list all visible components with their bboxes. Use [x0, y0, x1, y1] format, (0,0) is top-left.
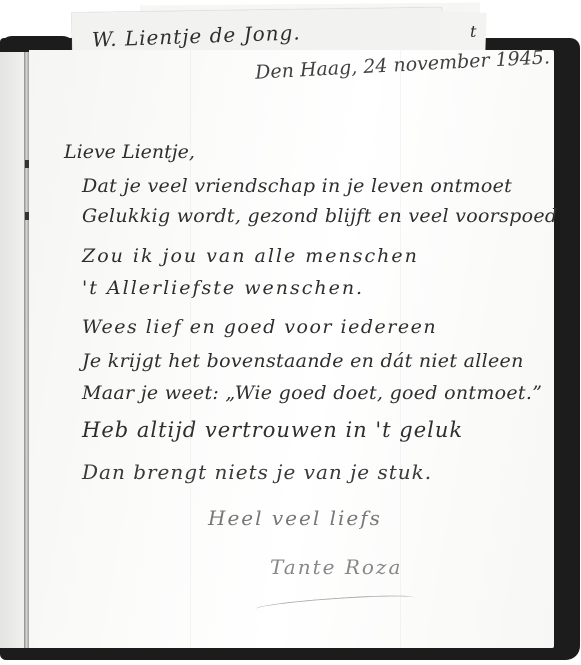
letter-signature: Tante Roza [270, 555, 402, 579]
poem-line: Wees lief en goed voor iedereen [82, 316, 437, 338]
poem-line: 't Allerliefste wenschen. [82, 277, 364, 299]
loose-note-tab [439, 11, 486, 53]
left-page-edge [0, 52, 26, 648]
poem-line: Maar je weet: „Wie goed doet, goed ontmo… [82, 382, 542, 404]
poem-line: Heb altijd vertrouwen in 't geluk [82, 418, 463, 442]
poem-line: Dat je veel vriendschap in je leven ontm… [82, 175, 512, 197]
poem-line: Je krijgt het bovenstaande en dát niet a… [82, 350, 524, 372]
poem-line: Dan brengt niets je van je stuk. [82, 460, 432, 484]
letter-salutation: Lieve Lientje, [64, 141, 195, 163]
page-crease [190, 50, 191, 648]
poem-line: Gelukkig wordt, gezond blijft en veel vo… [82, 205, 557, 227]
letter-closing: Heel veel liefs [208, 506, 382, 530]
poem-line: Zou ik jou van alle menschen [82, 245, 419, 267]
loose-note-mark: t [470, 22, 476, 41]
